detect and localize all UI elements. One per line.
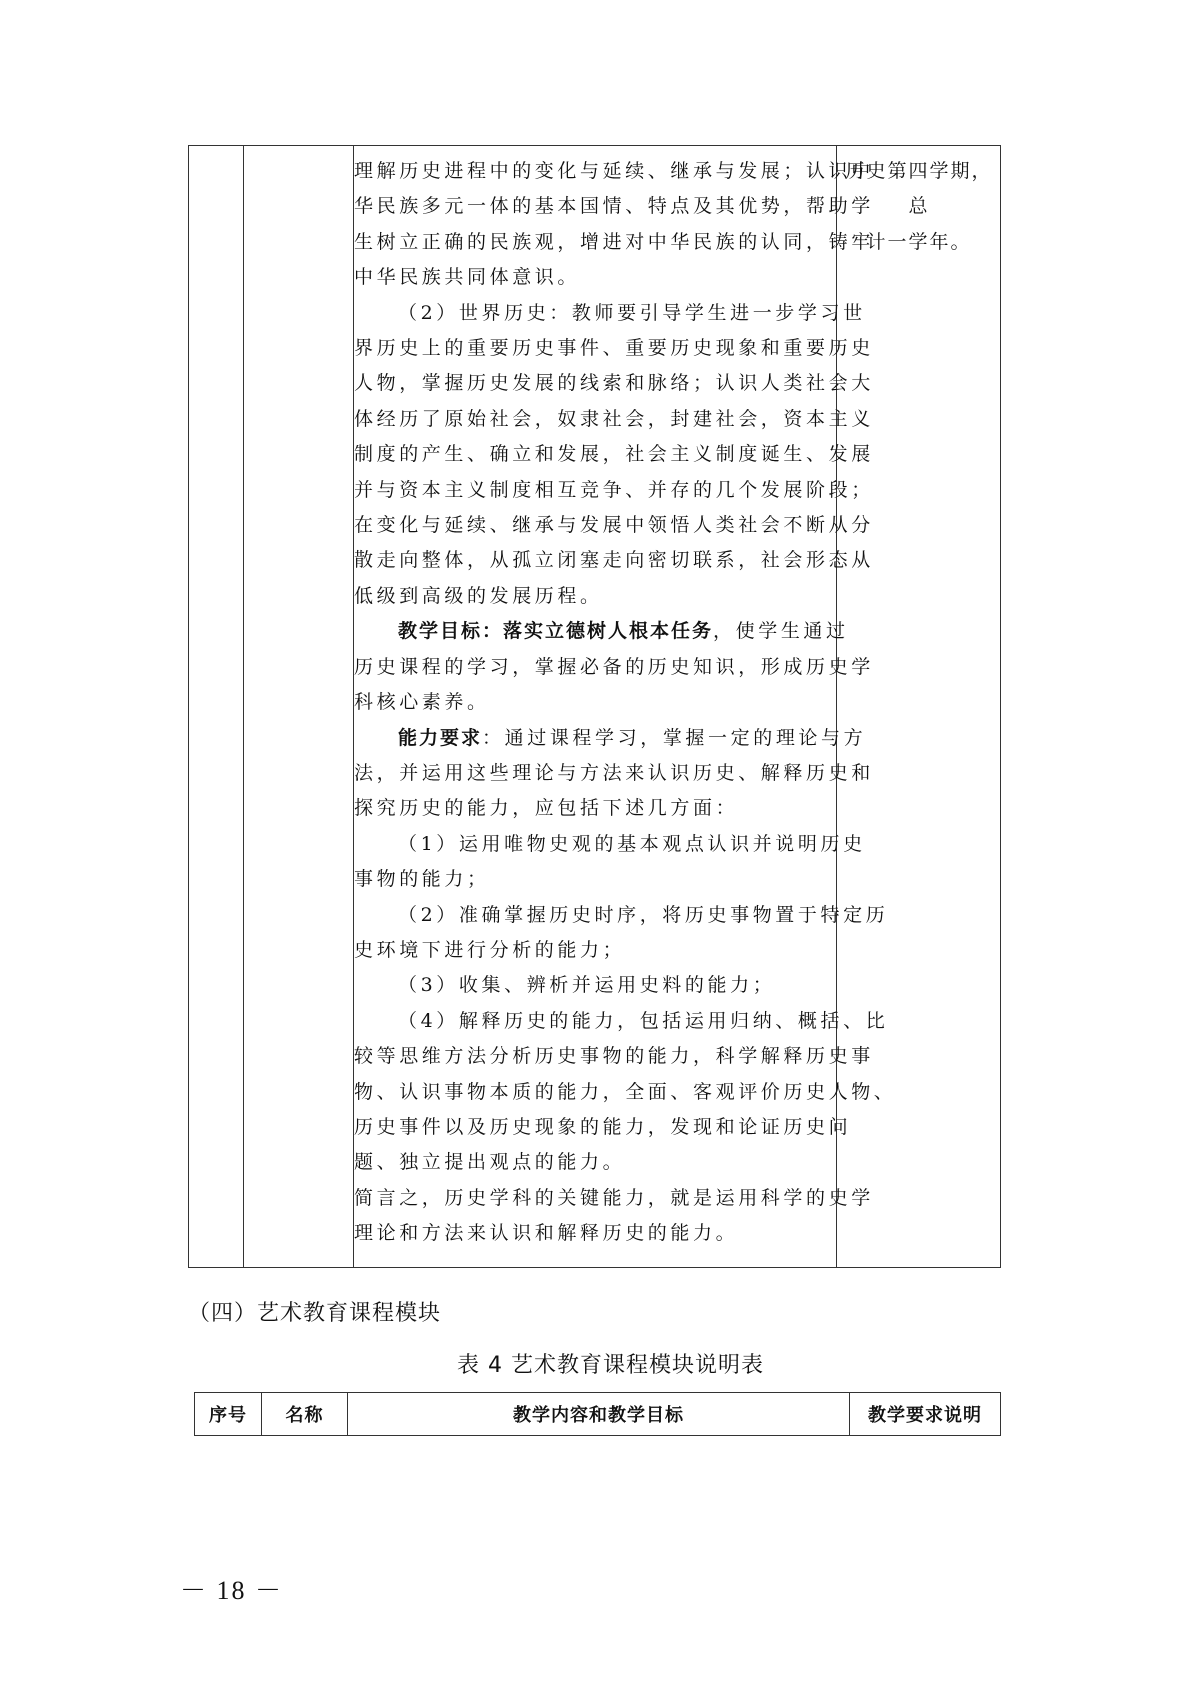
content-line: 在变化与延续、继承与发展中领悟人类社会不断从分 (354, 508, 834, 543)
ability-item: （1）运用唯物史观的基本观点认识并说明历史 (354, 827, 834, 862)
ability-label: 能力要求 (398, 727, 482, 749)
content-line: 法，并运用这些理论与方法来认识历史、解释历史和 (354, 756, 834, 791)
teaching-goal-line: 教学目标：落实立德树人根本任务，使学生通过 (354, 614, 834, 649)
ability-line: 能力要求：通过课程学习，掌握一定的理论与方 (354, 721, 834, 756)
content-line: 散走向整体，从孤立闭塞走向密切联系，社会形态从 (354, 543, 834, 578)
header-serial: 序号 (195, 1393, 262, 1435)
table-caption: 表 4 艺术教育课程模块说明表 (0, 1348, 1191, 1379)
requirement-note-cell: 历史第四学期，总 计一学年。 (839, 154, 999, 260)
ability-item: （3）收集、辨析并运用史料的能力； (354, 968, 834, 1003)
note-line: 历史第四学期，总 (839, 154, 999, 225)
teaching-goal-label: 教学目标：落实立德树人根本任务 (398, 620, 713, 642)
content-line: 人物，掌握历史发展的线索和脉络；认识人类社会大 (354, 366, 834, 401)
content-line: 制度的产生、确立和发展，社会主义制度诞生、发展 (354, 437, 834, 472)
content-line: 物、认识事物本质的能力，全面、客观评价历史人物、 (354, 1075, 834, 1110)
content-line: 中华民族共同体意识。 (354, 260, 834, 295)
content-line: 事物的能力； (354, 862, 834, 897)
content-line: 体经历了原始社会，奴隶社会，封建社会，资本主义 (354, 402, 834, 437)
content-line: 华民族多元一体的基本国情、特点及其优势，帮助学 (354, 189, 834, 224)
summary-line: 简言之，历史学科的关键能力，就是运用科学的史学 (354, 1181, 834, 1216)
content-line: 并与资本主义制度相互竞争、并存的几个发展阶段； (354, 473, 834, 508)
teaching-content-cell: 理解历史进程中的变化与延续、继承与发展；认识中 华民族多元一体的基本国情、特点及… (354, 154, 834, 1252)
note-line: 计一学年。 (839, 225, 999, 260)
content-line: 界历史上的重要历史事件、重要历史现象和重要历史 (354, 331, 834, 366)
art-education-table: 序号 名称 教学内容和教学目标 教学要求说明 (194, 1392, 1001, 1436)
content-line: 生树立正确的民族观，增进对中华民族的认同，铸牢 (354, 225, 834, 260)
header-requirements: 教学要求说明 (850, 1393, 1000, 1435)
page-number: － 18 － (180, 1570, 283, 1607)
header-content: 教学内容和教学目标 (348, 1393, 850, 1435)
content-line: 理解历史进程中的变化与延续、继承与发展；认识中 (354, 154, 834, 189)
ability-item: （2）准确掌握历史时序，将历史事物置于特定历 (354, 898, 834, 933)
curriculum-table-continued: 理解历史进程中的变化与延续、继承与发展；认识中 华民族多元一体的基本国情、特点及… (188, 145, 1001, 1268)
content-line: 历史课程的学习，掌握必备的历史知识，形成历史学 (354, 650, 834, 685)
column-divider (243, 146, 244, 1267)
summary-line: 理论和方法来认识和解释历史的能力。 (354, 1216, 834, 1251)
ability-item: （4）解释历史的能力，包括运用归纳、概括、比 (354, 1004, 834, 1039)
content-line: 史环境下进行分析的能力； (354, 933, 834, 968)
header-name: 名称 (262, 1393, 348, 1435)
content-line: 题、独立提出观点的能力。 (354, 1145, 834, 1180)
section-heading: （四）艺术教育课程模块 (188, 1296, 441, 1327)
content-line: （2）世界历史：教师要引导学生进一步学习世 (354, 296, 834, 331)
content-line: 历史事件以及历史现象的能力，发现和论证历史问 (354, 1110, 834, 1145)
content-line: 科核心素养。 (354, 685, 834, 720)
content-line: 低级到高级的发展历程。 (354, 579, 834, 614)
content-line: 较等思维方法分析历史事物的能力，科学解释历史事 (354, 1039, 834, 1074)
content-line: 探究历史的能力，应包括下述几方面： (354, 791, 834, 826)
